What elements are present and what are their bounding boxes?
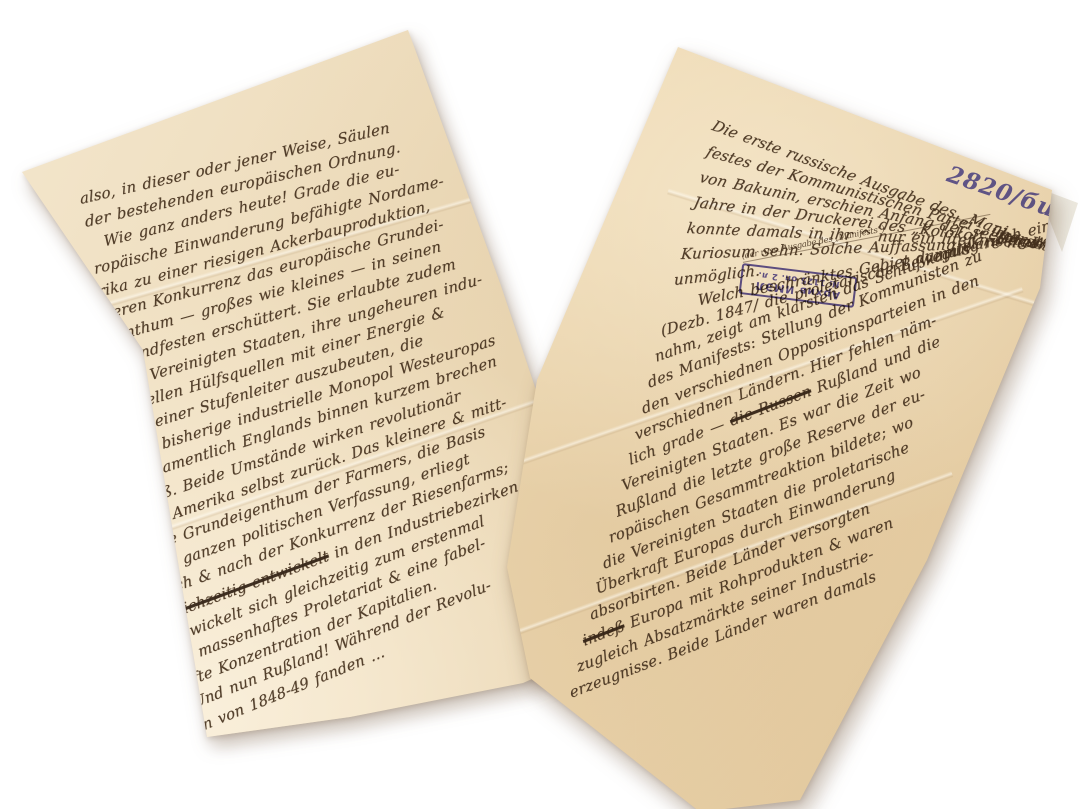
manuscript-line: indeß Europa mit Rohprodukten & waren bbox=[581, 513, 895, 649]
manuscript-line: Wie ganz anders heute! Grade die eu- bbox=[88, 160, 401, 254]
manuscript-line: Jahre in der Druckerei des „Kolokol“. De… bbox=[691, 194, 1080, 259]
manuscript-line: Kuriosum sehn. Solche Auffassung wäre he… bbox=[680, 232, 1052, 263]
manuscript-line: auf Amerika selbst zurück. Das kleinere … bbox=[141, 393, 508, 533]
manuscript-line: lich grade — die Russen Rußland und die bbox=[626, 332, 941, 469]
manuscript-line: striellen Hülfsquellen mit einer Energie… bbox=[119, 303, 446, 417]
manuscript-line: den Vereinigten Staaten, ihre ungeheuren… bbox=[114, 269, 483, 393]
manuscript-line: den verschiednen Oppositionsparteien in … bbox=[639, 271, 980, 418]
archive-stamp-name: Архив ИМЭЛ bbox=[745, 278, 850, 303]
left-page-shadow: also, in dieser oder jener Weise, Säulen… bbox=[0, 0, 1080, 809]
manuscript-line: Und nun Rußland! Während der Revolu- bbox=[177, 576, 493, 718]
manuscript-line: Grundfesten erschüttert. Sie erlaubte zu… bbox=[110, 255, 457, 370]
manuscript-line: also, in dieser oder jener Weise, Säulen bbox=[79, 119, 391, 208]
manuscript-line: (Dezb. 1847/ die proletarische Bewegung … bbox=[660, 215, 1058, 340]
manuscript-line: ein massenhaftes Proletariat & eine fabe… bbox=[168, 533, 488, 671]
manuscript-line: auf einer Stufenleiter auszubeuten, die bbox=[123, 331, 424, 440]
manuscript-line: & namentlich Englands binnen kurzem brec… bbox=[132, 352, 498, 486]
manuscript-line: hafte Konzentration der Kapitalien. bbox=[172, 575, 438, 695]
manuscript-line: absorbirten. Beide Länder versorgten bbox=[587, 499, 871, 624]
manuscript-line: tion von 1848-49 fanden ... bbox=[181, 642, 386, 741]
manuscript-line: festes der Kommunistischen Partei“, über… bbox=[703, 142, 1065, 258]
manuscript-line: konnte damals in ihr ^ nur ein literaris… bbox=[686, 219, 1041, 252]
manuscript-line: rika zu einer riesigen Ackerbauproduktio… bbox=[97, 196, 432, 300]
manuscript-line: unmöglich. bbox=[674, 261, 760, 289]
archive-stamp-number: № 1125 оп. 2 л. bbox=[747, 268, 851, 291]
manuscript-line: ropäische Einwanderung befähigte Nordame… bbox=[92, 171, 444, 277]
manuscript-line: Die erste russische Ausgabe des „Mani- bbox=[709, 117, 1016, 242]
manuscript-line: deren Konkurrenz das europäische Grundei… bbox=[101, 215, 444, 324]
right-manuscript-page: Die erste russische Ausgabe des „Mani-fe… bbox=[0, 0, 1080, 809]
manuscript-line: verschiednen Ländern. Hier fehlen näm- bbox=[633, 310, 939, 443]
manuscript-line: Welch beschränktes Gebiet damals bbox=[667, 239, 971, 315]
manuscript-line: des Manifests: Stellung der Kommunisten … bbox=[646, 246, 984, 391]
backing-sheet-corner bbox=[0, 0, 1080, 809]
manuscript-line: Rußland die letzte große Reserve der eu- bbox=[613, 385, 926, 521]
left-manuscript-page: also, in dieser oder jener Weise, Säulen… bbox=[0, 0, 1080, 809]
manuscript-line: die Vereinigten Staaten die proletarisch… bbox=[600, 438, 910, 573]
manuscript-line: das bisherige industrielle Monopol Weste… bbox=[128, 331, 497, 463]
manuscript-line: von Bakunin, erschien Anfang der sechzig… bbox=[697, 168, 1048, 254]
manuscript-line: erzeugnisse. Beide Länder waren damals bbox=[568, 567, 878, 702]
fold-crease bbox=[511, 286, 1024, 468]
fold-crease bbox=[47, 169, 568, 325]
manuscript-line: nach & nach der Konkurrenz der Riesenfar… bbox=[154, 458, 509, 602]
manuscript-line: nahm, zeigt am klarsten das Schlußkapite… bbox=[652, 234, 977, 366]
manuscript-line: entwickelt sich gleichzeitig zum erstenm… bbox=[163, 512, 485, 649]
manuscript-line: lere Grundeigenthum der Farmers, die Bas… bbox=[145, 422, 486, 556]
fold-crease bbox=[89, 376, 602, 558]
right-page-shadow: Die erste russische Ausgabe des „Mani-fe… bbox=[0, 0, 1080, 809]
archive-stamp: Архив ИМЭЛ № 1125 оп. 2 л. bbox=[739, 263, 858, 308]
fold-crease bbox=[519, 471, 954, 635]
manuscript-photo: also, in dieser oder jener Weise, Säulen… bbox=[0, 0, 1080, 809]
manuscript-line: der ganzen politischen Verfassung, erlie… bbox=[150, 450, 471, 579]
manuscript-line: muß. Beide Umstände wirken revolutionär bbox=[137, 386, 462, 509]
manuscript-line: Vereinigten Staaten. Es war die Zeit wo bbox=[620, 363, 923, 495]
manuscript-line: der bestehenden europäischen Ordnung. bbox=[83, 138, 401, 231]
manuscript-line: Überkraft Europas durch Einwanderung bbox=[594, 466, 897, 598]
interline-insertion: (der russ. Ausgabe des „Manifests“) bbox=[741, 204, 990, 263]
manuscript-line: zugleich Absatzmärkte seiner Industrie- bbox=[574, 544, 875, 675]
manuscript-line: gleichzeitig entwickelt in den Industrie… bbox=[159, 477, 520, 626]
fold-crease bbox=[667, 188, 1052, 312]
manuscript-line: ropäischen Gesammtreaktion bildete; wo bbox=[607, 412, 915, 546]
manuscript-line: genthum — großes wie kleines — in seinen bbox=[106, 237, 443, 347]
